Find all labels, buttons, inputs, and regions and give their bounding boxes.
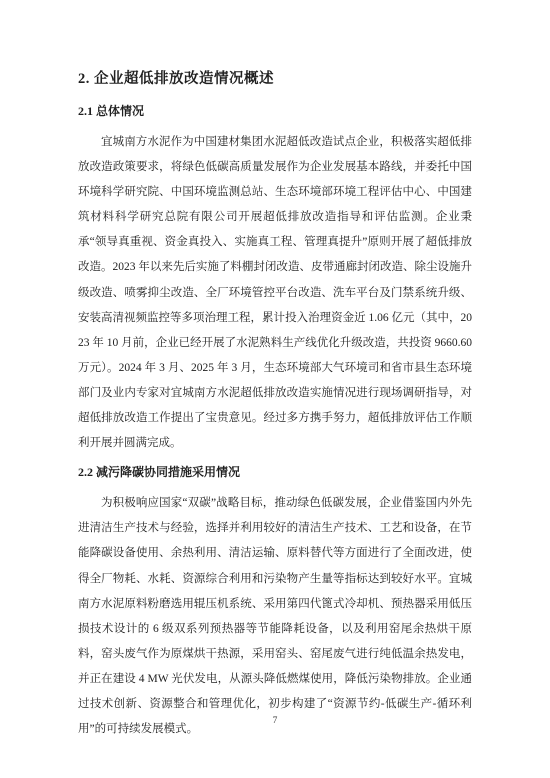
section-heading-carbon: 2.2 减污降碳协同措施采用情况 [78, 464, 472, 481]
document-page: 2. 企业超低排放改造情况概述 2.1 总体情况 宜城南方水泥作为中国建材集团水… [0, 0, 550, 778]
chapter-title: 2. 企业超低排放改造情况概述 [78, 70, 472, 89]
section-carbon-reduction: 2.2 减污降碳协同措施采用情况 为积极响应国家“双碳”战略目标，推动绿色低碳发… [78, 464, 472, 742]
section-heading-overall: 2.1 总体情况 [78, 103, 472, 120]
paragraph-overall-situation: 宜城南方水泥作为中国建材集团水泥超低改造试点企业，积极落实超低排放改造政策要求，… [78, 130, 472, 456]
section-overall-situation: 2.1 总体情况 宜城南方水泥作为中国建材集团水泥超低改造试点企业，积极落实超低… [78, 103, 472, 456]
document-content: 2. 企业超低排放改造情况概述 2.1 总体情况 宜城南方水泥作为中国建材集团水… [78, 70, 472, 750]
paragraph-carbon-reduction: 为积极响应国家“双碳”战略目标，推动绿色低碳发展，企业借鉴国内外先进清洁生产技术… [78, 491, 472, 742]
page-number: 7 [0, 716, 550, 726]
